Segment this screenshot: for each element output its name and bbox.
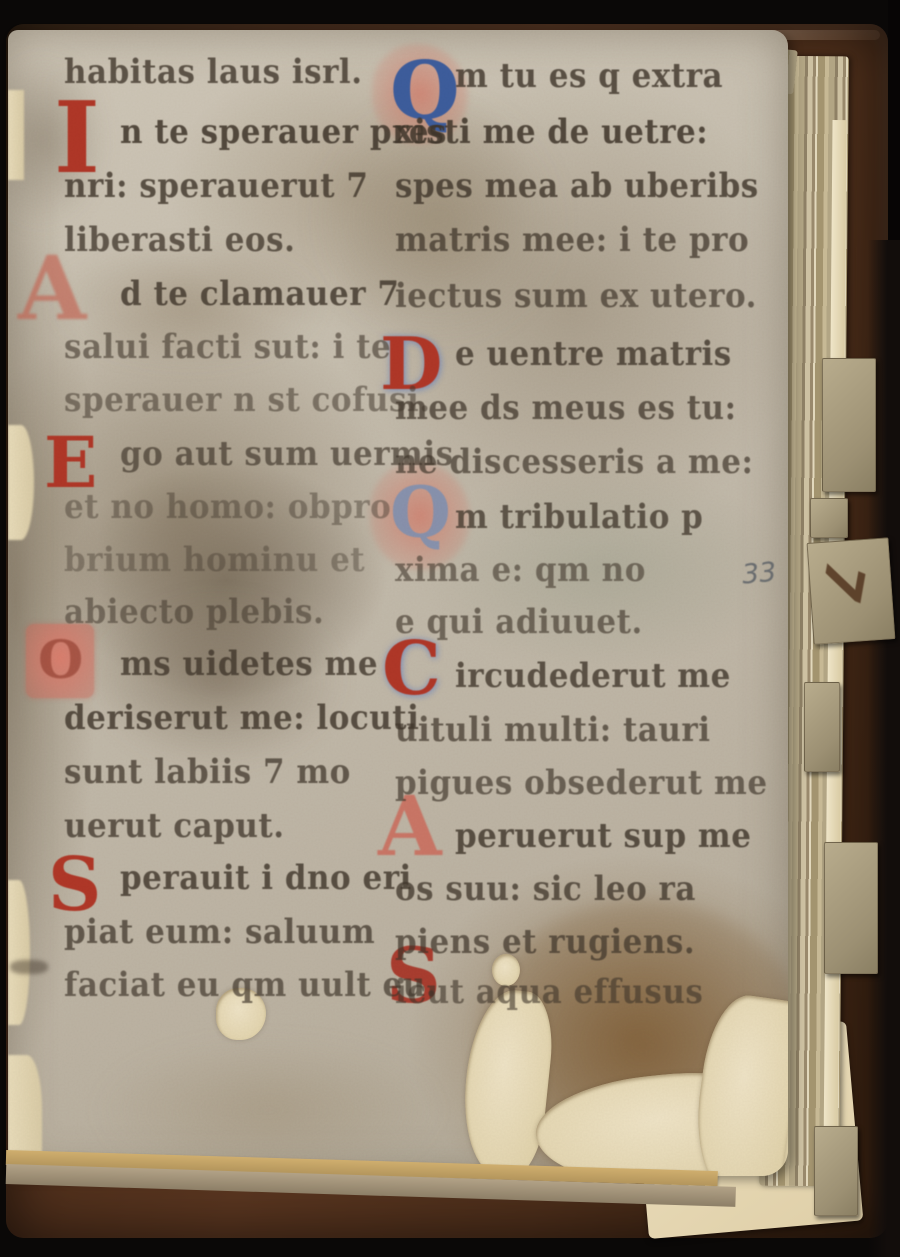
index-tab <box>810 498 848 538</box>
index-tab <box>804 682 840 772</box>
parchment-texture <box>8 30 788 1176</box>
index-tab <box>814 1126 858 1216</box>
index-tab-marked: 7 <box>807 537 896 644</box>
index-tab <box>824 842 878 974</box>
index-tab <box>822 358 876 492</box>
tab-mark: 7 <box>810 550 876 611</box>
manuscript-page: I A E O S Q D Q C A S habitas laus isrl.… <box>8 30 788 1176</box>
manuscript-photo: 7 I A E O S Q D Q C A S <box>0 0 900 1257</box>
